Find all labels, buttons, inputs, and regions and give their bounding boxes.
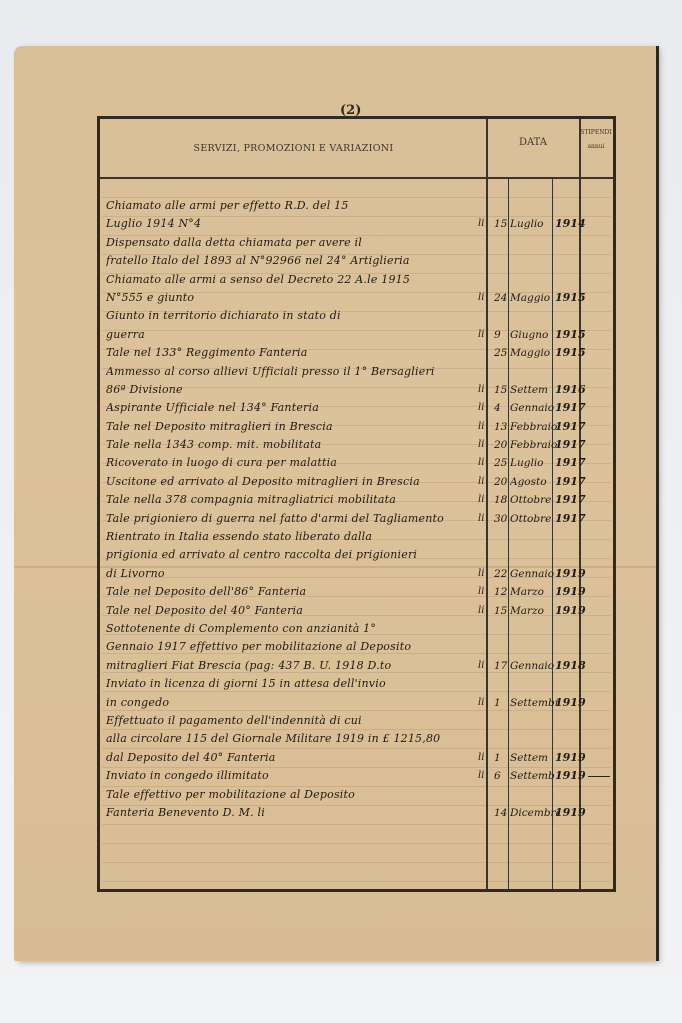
- service-record-table: SERVIZI, PROMOZIONI E VARIAZIONI DATA ST…: [97, 116, 616, 892]
- table-row: alla circolare 115 del Giornale Militare…: [100, 730, 613, 748]
- table-row: Tale nella 378 compagnia mitragliatrici …: [100, 491, 613, 509]
- entry-year: 1914: [555, 215, 581, 233]
- entry-month: Settemb: [510, 767, 558, 785]
- entry-text: Uscitone ed arrivato al Deposito mitragl…: [106, 473, 481, 491]
- entry-li: li: [478, 510, 490, 528]
- entry-year: 1919: [555, 583, 581, 601]
- entry-day: 17: [494, 657, 508, 675]
- entry-month: Settem: [510, 749, 558, 767]
- table-row: Fanteria Benevento D. M. li 14 Dicembre …: [100, 804, 613, 822]
- entry-text: di Livorno: [106, 565, 481, 583]
- entry-text: 86ª Divisione: [106, 381, 481, 399]
- entry-day: 1: [494, 749, 508, 767]
- table-row: N°555 e giunto li 24 Maggio 1915: [100, 289, 613, 307]
- entry-year: 1915: [555, 326, 581, 344]
- entry-day: 18: [494, 491, 508, 509]
- entry-year: 1917: [555, 473, 581, 491]
- table-row: Gennaio 1917 effettivo per mobilitazione…: [100, 638, 613, 656]
- table-row: Inviato in congedo illimitato li 6 Sette…: [100, 767, 613, 785]
- entry-year: 1916: [555, 381, 581, 399]
- table-row: Tale effettivo per mobilitazione al Depo…: [100, 786, 613, 804]
- entry-day: 1: [494, 694, 508, 712]
- entry-li: li: [478, 454, 490, 472]
- table-row: 86ª Divisione li 15 Settem 1916: [100, 381, 613, 399]
- table-row: Chiamato alle armi per effetto R.D. del …: [100, 197, 613, 215]
- table-row: Tale nel Deposito del 40° Fanteria li 15…: [100, 602, 613, 620]
- entry-day: 25: [494, 344, 508, 362]
- entry-day: 14: [494, 804, 508, 822]
- entry-text: N°555 e giunto: [106, 289, 481, 307]
- entry-text: Tale nella 1343 comp. mit. mobilitata: [106, 436, 481, 454]
- entry-year: 1917: [555, 436, 581, 454]
- entry-day: 15: [494, 381, 508, 399]
- salary-dash-mark: [588, 776, 610, 777]
- table-row: Rientrato in Italia essendo stato libera…: [100, 528, 613, 546]
- header-services: SERVIZI, PROMOZIONI E VARIAZIONI: [100, 119, 487, 177]
- table-row: fratello Italo del 1893 al N°92966 nel 2…: [100, 252, 613, 270]
- entry-month: Settembre: [510, 694, 558, 712]
- entry-text: Tale nel Deposito mitraglieri in Brescia: [106, 418, 481, 436]
- entry-month: Maggio: [510, 289, 558, 307]
- entry-day: 24: [494, 289, 508, 307]
- entry-day: 15: [494, 602, 508, 620]
- entry-month: Maggio: [510, 344, 558, 362]
- entry-text: Effettuato il pagamento dell'indennità d…: [106, 712, 481, 730]
- entry-month: Ottobre: [510, 491, 558, 509]
- entry-year: 1919: [555, 767, 581, 785]
- entry-day: 22: [494, 565, 508, 583]
- entry-month: Febbraio: [510, 436, 558, 454]
- entry-year: 1919: [555, 565, 581, 583]
- entry-text: Aspirante Ufficiale nel 134° Fanteria: [106, 399, 481, 417]
- entry-li: li: [478, 215, 490, 233]
- entry-month: Luglio: [510, 454, 558, 472]
- table-row: Dispensato dalla detta chiamata per aver…: [100, 234, 613, 252]
- entry-text: Tale nel 133° Reggimento Fanteria: [106, 344, 481, 362]
- entry-li: li: [478, 657, 490, 675]
- table-row: Luglio 1914 N°4 li 15 Luglio 1914: [100, 215, 613, 233]
- entry-li: li: [478, 289, 490, 307]
- table-row: Ammesso al corso allievi Ufficiali press…: [100, 363, 613, 381]
- entry-day: 25: [494, 454, 508, 472]
- entry-month: Gennaio: [510, 565, 558, 583]
- entry-year: 1919: [555, 749, 581, 767]
- entry-day: 20: [494, 473, 508, 491]
- entry-text: Chiamato alle armi a senso del Decreto 2…: [106, 271, 481, 289]
- entry-text: fratello Italo del 1893 al N°92966 nel 2…: [106, 252, 481, 270]
- entry-year: 1915: [555, 289, 581, 307]
- entry-text: Tale nel Deposito dell'86° Fanteria: [106, 583, 481, 601]
- entry-li: li: [478, 436, 490, 454]
- table-header: SERVIZI, PROMOZIONI E VARIAZIONI DATA ST…: [100, 119, 613, 179]
- entry-li: li: [478, 602, 490, 620]
- entry-month: Agosto: [510, 473, 558, 491]
- entry-text: Tale nel Deposito del 40° Fanteria: [106, 602, 481, 620]
- table-row: di Livorno li 22 Gennaio 1919: [100, 565, 613, 583]
- entry-text: Ricoverato in luogo di cura per malattia: [106, 454, 481, 472]
- entry-text: alla circolare 115 del Giornale Militare…: [106, 730, 481, 748]
- entry-text: Rientrato in Italia essendo stato libera…: [106, 528, 481, 546]
- entry-year: 1918: [555, 657, 581, 675]
- entry-year: 1917: [555, 454, 581, 472]
- entry-text: Dispensato dalla detta chiamata per aver…: [106, 234, 481, 252]
- entry-month: Settem: [510, 381, 558, 399]
- entry-li: li: [478, 381, 490, 399]
- table-row: Chiamato alle armi a senso del Decreto 2…: [100, 271, 613, 289]
- entry-day: 20: [494, 436, 508, 454]
- entry-text: Fanteria Benevento D. M. li: [106, 804, 481, 822]
- entry-text: dal Deposito del 40° Fanteria: [106, 749, 481, 767]
- entry-text: Inviato in congedo illimitato: [106, 767, 481, 785]
- entry-text: Gennaio 1917 effettivo per mobilitazione…: [106, 638, 481, 656]
- entry-month: Gennaio: [510, 399, 558, 417]
- entry-month: Giugno: [510, 326, 558, 344]
- entry-day: 9: [494, 326, 508, 344]
- entry-li: li: [478, 418, 490, 436]
- table-row: dal Deposito del 40° Fanteria li 1 Sette…: [100, 749, 613, 767]
- table-row: prigionia ed arrivato al centro raccolta…: [100, 546, 613, 564]
- entry-text: guerra: [106, 326, 481, 344]
- entry-month: Marzo: [510, 583, 558, 601]
- table-row: guerra li 9 Giugno 1915: [100, 326, 613, 344]
- entry-li: li: [478, 749, 490, 767]
- entry-text: Tale prigioniero di guerra nel fatto d'a…: [106, 510, 481, 528]
- entry-day: 6: [494, 767, 508, 785]
- table-row: Sottotenente di Complemento con anzianit…: [100, 620, 613, 638]
- entry-text: prigionia ed arrivato al centro raccolta…: [106, 546, 481, 564]
- table-row: Effettuato il pagamento dell'indennità d…: [100, 712, 613, 730]
- table-row: in congedo li 1 Settembre 1919: [100, 694, 613, 712]
- entry-text: Luglio 1914 N°4: [106, 215, 481, 233]
- entry-text: in congedo: [106, 694, 481, 712]
- entry-li: li: [478, 767, 490, 785]
- entry-year: 1919: [555, 694, 581, 712]
- entry-year: 1915: [555, 344, 581, 362]
- header-salary-line2: annui: [587, 140, 604, 154]
- entry-text: Tale nella 378 compagnia mitragliatrici …: [106, 491, 481, 509]
- entry-year: 1917: [555, 418, 581, 436]
- entry-month: Marzo: [510, 602, 558, 620]
- entry-month: Luglio: [510, 215, 558, 233]
- entry-day: 13: [494, 418, 508, 436]
- entry-day: 30: [494, 510, 508, 528]
- entry-text: Tale effettivo per mobilitazione al Depo…: [106, 786, 481, 804]
- table-row: Tale nel Deposito dell'86° Fanteria li 1…: [100, 583, 613, 601]
- entries-list: Chiamato alle armi per effetto R.D. del …: [100, 197, 613, 822]
- entry-li: li: [478, 491, 490, 509]
- entry-year: 1917: [555, 510, 581, 528]
- entry-li: li: [478, 326, 490, 344]
- entry-month: Gennaio: [510, 657, 558, 675]
- entry-day: 12: [494, 583, 508, 601]
- table-row: Tale prigioniero di guerra nel fatto d'a…: [100, 510, 613, 528]
- entry-li: li: [478, 565, 490, 583]
- entry-day: 15: [494, 215, 508, 233]
- entry-text: mitraglieri Fiat Brescia (pag: 437 B. U.…: [106, 657, 481, 675]
- entry-text: Inviato in licenza di giorni 15 in attes…: [106, 675, 481, 693]
- table-row: Tale nel 133° Reggimento Fanteria 25 Mag…: [100, 344, 613, 362]
- table-row: mitraglieri Fiat Brescia (pag: 437 B. U.…: [100, 657, 613, 675]
- entry-text: Ammesso al corso allievi Ufficiali press…: [106, 363, 481, 381]
- entry-year: 1919: [555, 804, 581, 822]
- table-row: Uscitone ed arrivato al Deposito mitragl…: [100, 473, 613, 491]
- table-row: Aspirante Ufficiale nel 134° Fanteria li…: [100, 399, 613, 417]
- entry-day: 4: [494, 399, 508, 417]
- header-salary: STIPENDI annui: [579, 111, 613, 169]
- entry-year: 1917: [555, 399, 581, 417]
- entry-text: Sottotenente di Complemento con anzianit…: [106, 620, 481, 638]
- header-date: DATA: [487, 113, 579, 171]
- entry-year: 1917: [555, 491, 581, 509]
- table-row: Tale nella 1343 comp. mit. mobilitata li…: [100, 436, 613, 454]
- entry-month: Ottobre: [510, 510, 558, 528]
- table-row: Tale nel Deposito mitraglieri in Brescia…: [100, 418, 613, 436]
- entry-month: Febbraio: [510, 418, 558, 436]
- entry-month: Dicembre: [510, 804, 558, 822]
- table-row: Inviato in licenza di giorni 15 in attes…: [100, 675, 613, 693]
- entry-li: li: [478, 399, 490, 417]
- entry-li: li: [478, 473, 490, 491]
- header-salary-line1: STIPENDI: [580, 126, 611, 140]
- table-row: Giunto in territorio dichiarato in stato…: [100, 307, 613, 325]
- entry-year: 1919: [555, 602, 581, 620]
- entry-text: Chiamato alle armi per effetto R.D. del …: [106, 197, 481, 215]
- entry-li: li: [478, 583, 490, 601]
- table-row: Ricoverato in luogo di cura per malattia…: [100, 454, 613, 472]
- entry-text: Giunto in territorio dichiarato in stato…: [106, 307, 481, 325]
- entry-li: li: [478, 694, 490, 712]
